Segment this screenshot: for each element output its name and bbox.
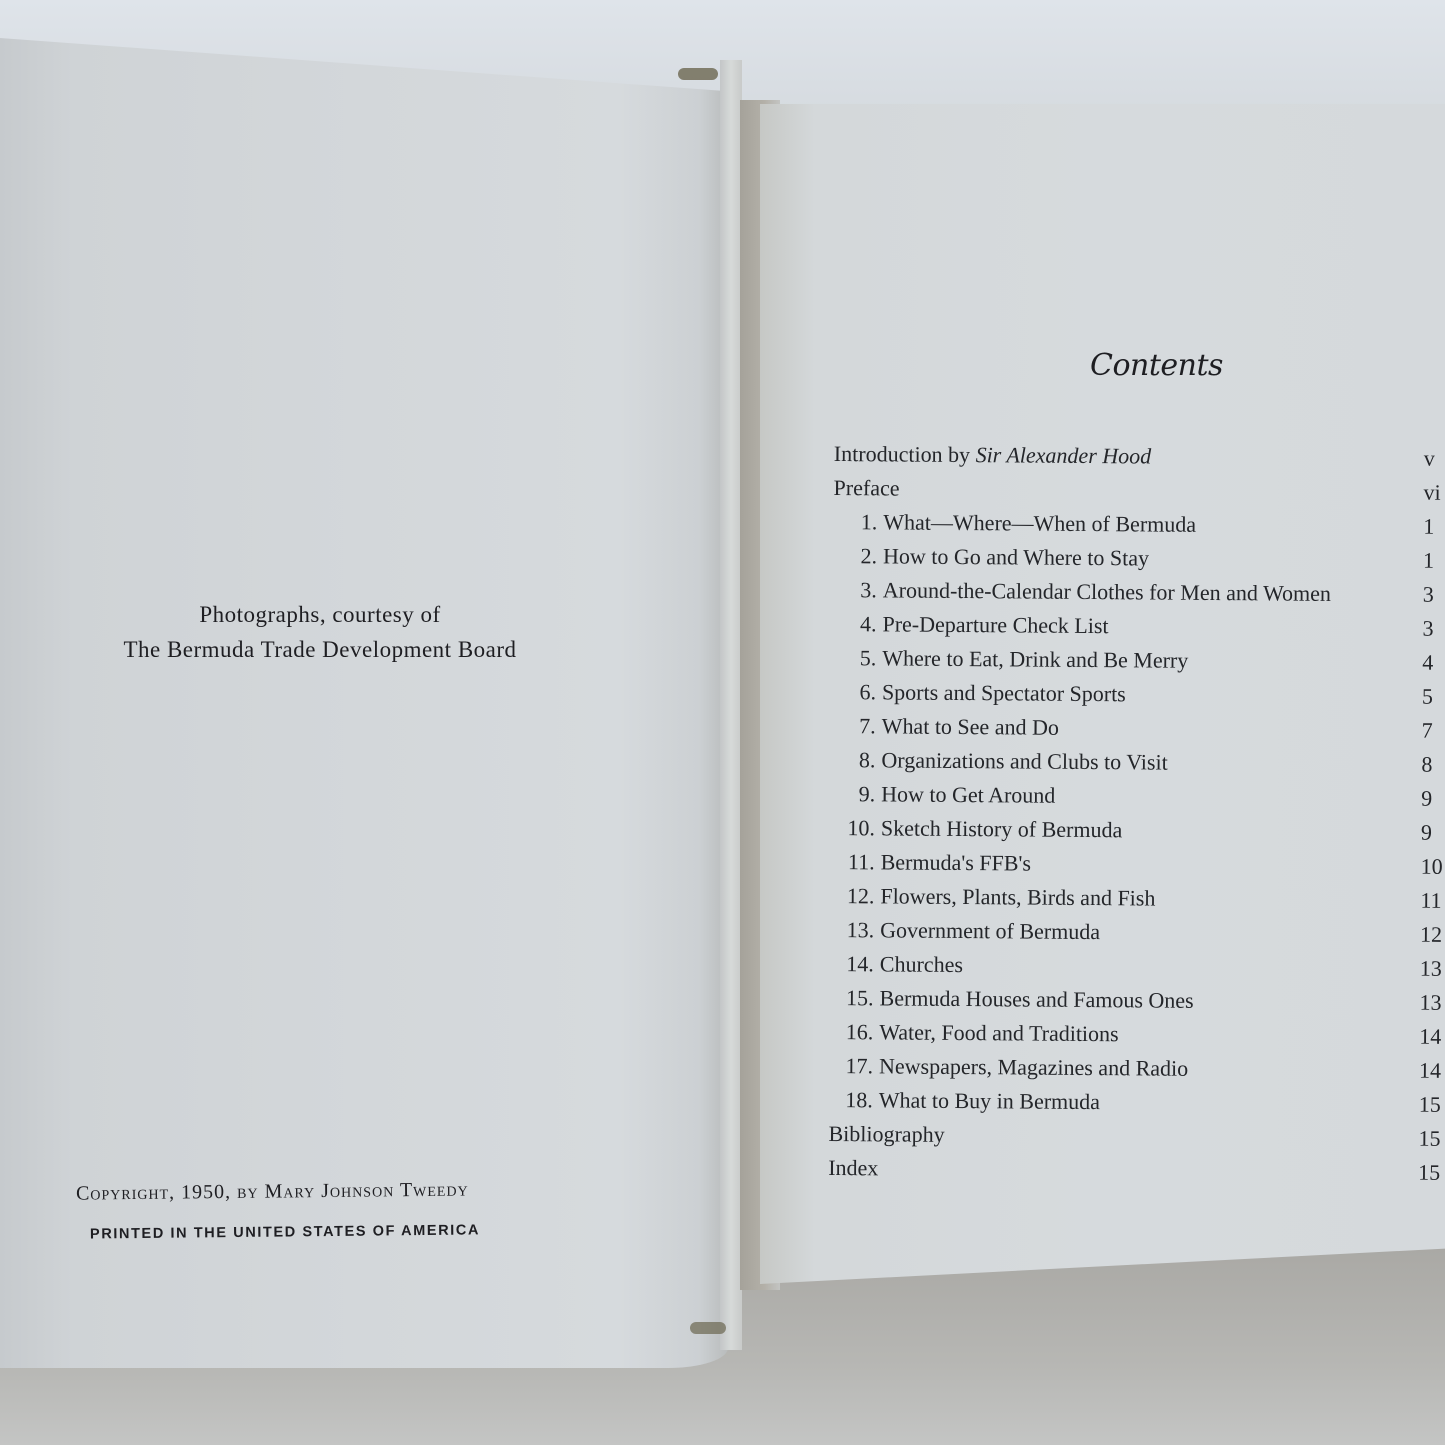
photo-credit-line-1: Photographs, courtesy of — [60, 602, 580, 628]
toc-entry-page: 8 — [1421, 748, 1432, 782]
toc-entry: Bibliography15 — [828, 1117, 1445, 1156]
toc-entry-page: v — [1424, 442, 1435, 476]
toc-entry-number: 3. — [833, 573, 877, 607]
toc-entry-title: Bermuda's FFB's — [881, 849, 1032, 875]
toc-entry-number: 9. — [831, 777, 875, 811]
toc-entry-title: What to Buy in Bermuda — [879, 1087, 1100, 1114]
toc-entry-page: 1 — [1423, 510, 1434, 544]
toc-entry-title: Introduction by — [834, 441, 976, 467]
toc-entry-number: 18. — [829, 1083, 873, 1117]
toc-entry-title: Government of Bermuda — [880, 917, 1100, 944]
toc-entry-page: 7 — [1422, 714, 1433, 748]
toc-entry-number: 13. — [830, 913, 874, 947]
table-of-contents: Introduction by Sir Alexander HoodvPrefa… — [828, 437, 1445, 1190]
toc-entry-page: 9 — [1421, 782, 1432, 816]
toc-entry-page: 14 — [1419, 1054, 1441, 1088]
toc-entry-title: Preface — [834, 475, 900, 501]
toc-entry-title: How to Get Around — [881, 781, 1055, 807]
toc-entry-page: 9 — [1421, 816, 1432, 850]
toc-entry-page: 15 — [1419, 1088, 1441, 1122]
toc-entry-title: Newspapers, Magazines and Radio — [879, 1053, 1188, 1080]
toc-entry-title: Sketch History of Bermuda — [881, 815, 1123, 842]
toc-entry-title: Index — [828, 1155, 878, 1180]
toc-entry-page: 11 — [1420, 884, 1441, 918]
toc-entry: Introduction by Sir Alexander Hoodv — [834, 437, 1445, 476]
toc-entry-title: Pre-Departure Check List — [882, 611, 1108, 638]
toc-entry-page: 5 — [1422, 680, 1433, 714]
toc-entry: 3.Around-the-Calendar Clothes for Men an… — [833, 573, 1445, 612]
toc-entry: 15.Bermuda Houses and Famous Ones13 — [829, 981, 1445, 1020]
toc-entry: 7.What to See and Do7 — [832, 709, 1445, 748]
toc-entry-title: Around-the-Calendar Clothes for Men and … — [883, 577, 1331, 606]
toc-entry: 8.Organizations and Clubs to Visit8 — [831, 743, 1445, 782]
toc-entry: 14.Churches13 — [830, 947, 1445, 986]
toc-entry: 9.How to Get Around9 — [831, 777, 1445, 816]
toc-entry: 16.Water, Food and Traditions14 — [829, 1015, 1445, 1054]
toc-entry-title: Churches — [880, 951, 963, 977]
toc-entry-title: How to Go and Where to Stay — [883, 543, 1149, 570]
toc-entry-number: 5. — [832, 641, 876, 675]
toc-entry-title: Sports and Spectator Sports — [882, 679, 1126, 706]
toc-entry-number: 8. — [831, 743, 875, 777]
toc-entry-page: 1 — [1423, 544, 1434, 578]
toc-entry: Index15 — [828, 1151, 1445, 1190]
left-page-edge — [720, 60, 742, 1350]
toc-entry-number: 17. — [829, 1049, 873, 1083]
toc-entry-number: 4. — [832, 607, 876, 641]
toc-entry: 6.Sports and Spectator Sports5 — [832, 675, 1445, 714]
toc-entry-title: Bermuda Houses and Famous Ones — [879, 985, 1193, 1012]
spine-binding-top — [678, 68, 718, 80]
toc-entry-page: 15 — [1418, 1122, 1440, 1156]
photo-credit-line-2: The Bermuda Trade Development Board — [60, 637, 580, 663]
toc-entry-page: 13 — [1420, 952, 1442, 986]
toc-entry-page: 4 — [1422, 646, 1433, 680]
left-page — [0, 38, 728, 1368]
toc-entry-title: Organizations and Clubs to Visit — [881, 747, 1168, 774]
toc-entry-number: 12. — [830, 879, 874, 913]
spine-binding-bottom — [690, 1322, 726, 1334]
toc-entry-page: 3 — [1423, 578, 1434, 612]
toc-entry-number: 7. — [832, 709, 876, 743]
toc-entry-title: What to See and Do — [882, 713, 1059, 739]
toc-entry: 2.How to Go and Where to Stay1 — [833, 539, 1445, 578]
toc-entry-page: 14 — [1419, 1020, 1441, 1054]
toc-entry-number: 14. — [830, 947, 874, 981]
toc-entry-page: 12 — [1420, 918, 1442, 952]
toc-entry-page: 13 — [1419, 986, 1441, 1020]
toc-entry-number: 2. — [833, 539, 877, 573]
toc-entry-number: 16. — [829, 1015, 873, 1049]
toc-entry: 13.Government of Bermuda12 — [830, 913, 1445, 952]
toc-entry-number: 15. — [829, 981, 873, 1015]
toc-entry-author: Sir Alexander Hood — [976, 442, 1152, 468]
toc-entry-number: 6. — [832, 675, 876, 709]
toc-entry-page: 10 — [1421, 850, 1443, 884]
toc-entry-number: 10. — [831, 811, 875, 845]
toc-entry: 5.Where to Eat, Drink and Be Merry4 — [832, 641, 1445, 680]
toc-entry-title: What—Where—When of Bermuda — [883, 509, 1196, 536]
toc-entry: Prefacevi — [833, 471, 1445, 510]
toc-entry: 12.Flowers, Plants, Birds and Fish11 — [830, 879, 1445, 918]
toc-entry-title: Flowers, Plants, Birds and Fish — [880, 883, 1155, 910]
toc-entry: 1.What—Where—When of Bermuda1 — [833, 505, 1445, 544]
toc-entry-number: 11. — [831, 845, 875, 879]
toc-entry-number: 1. — [833, 505, 877, 539]
toc-entry-title: Water, Food and Traditions — [879, 1019, 1119, 1046]
toc-entry: 4.Pre-Departure Check List3 — [832, 607, 1445, 646]
toc-entry-page: vi — [1423, 476, 1440, 510]
contents-title: Contents — [1090, 348, 1223, 383]
toc-entry: 11.Bermuda's FFB's10 — [831, 845, 1445, 884]
toc-entry: 18.What to Buy in Bermuda15 — [829, 1083, 1445, 1122]
toc-entry: 10.Sketch History of Bermuda9 — [831, 811, 1445, 850]
toc-entry-title: Where to Eat, Drink and Be Merry — [882, 645, 1188, 672]
toc-entry-page: 15 — [1418, 1156, 1440, 1190]
toc-entry-title: Bibliography — [828, 1121, 944, 1147]
toc-entry: 17.Newspapers, Magazines and Radio14 — [829, 1049, 1445, 1088]
toc-entry-page: 3 — [1422, 612, 1433, 646]
